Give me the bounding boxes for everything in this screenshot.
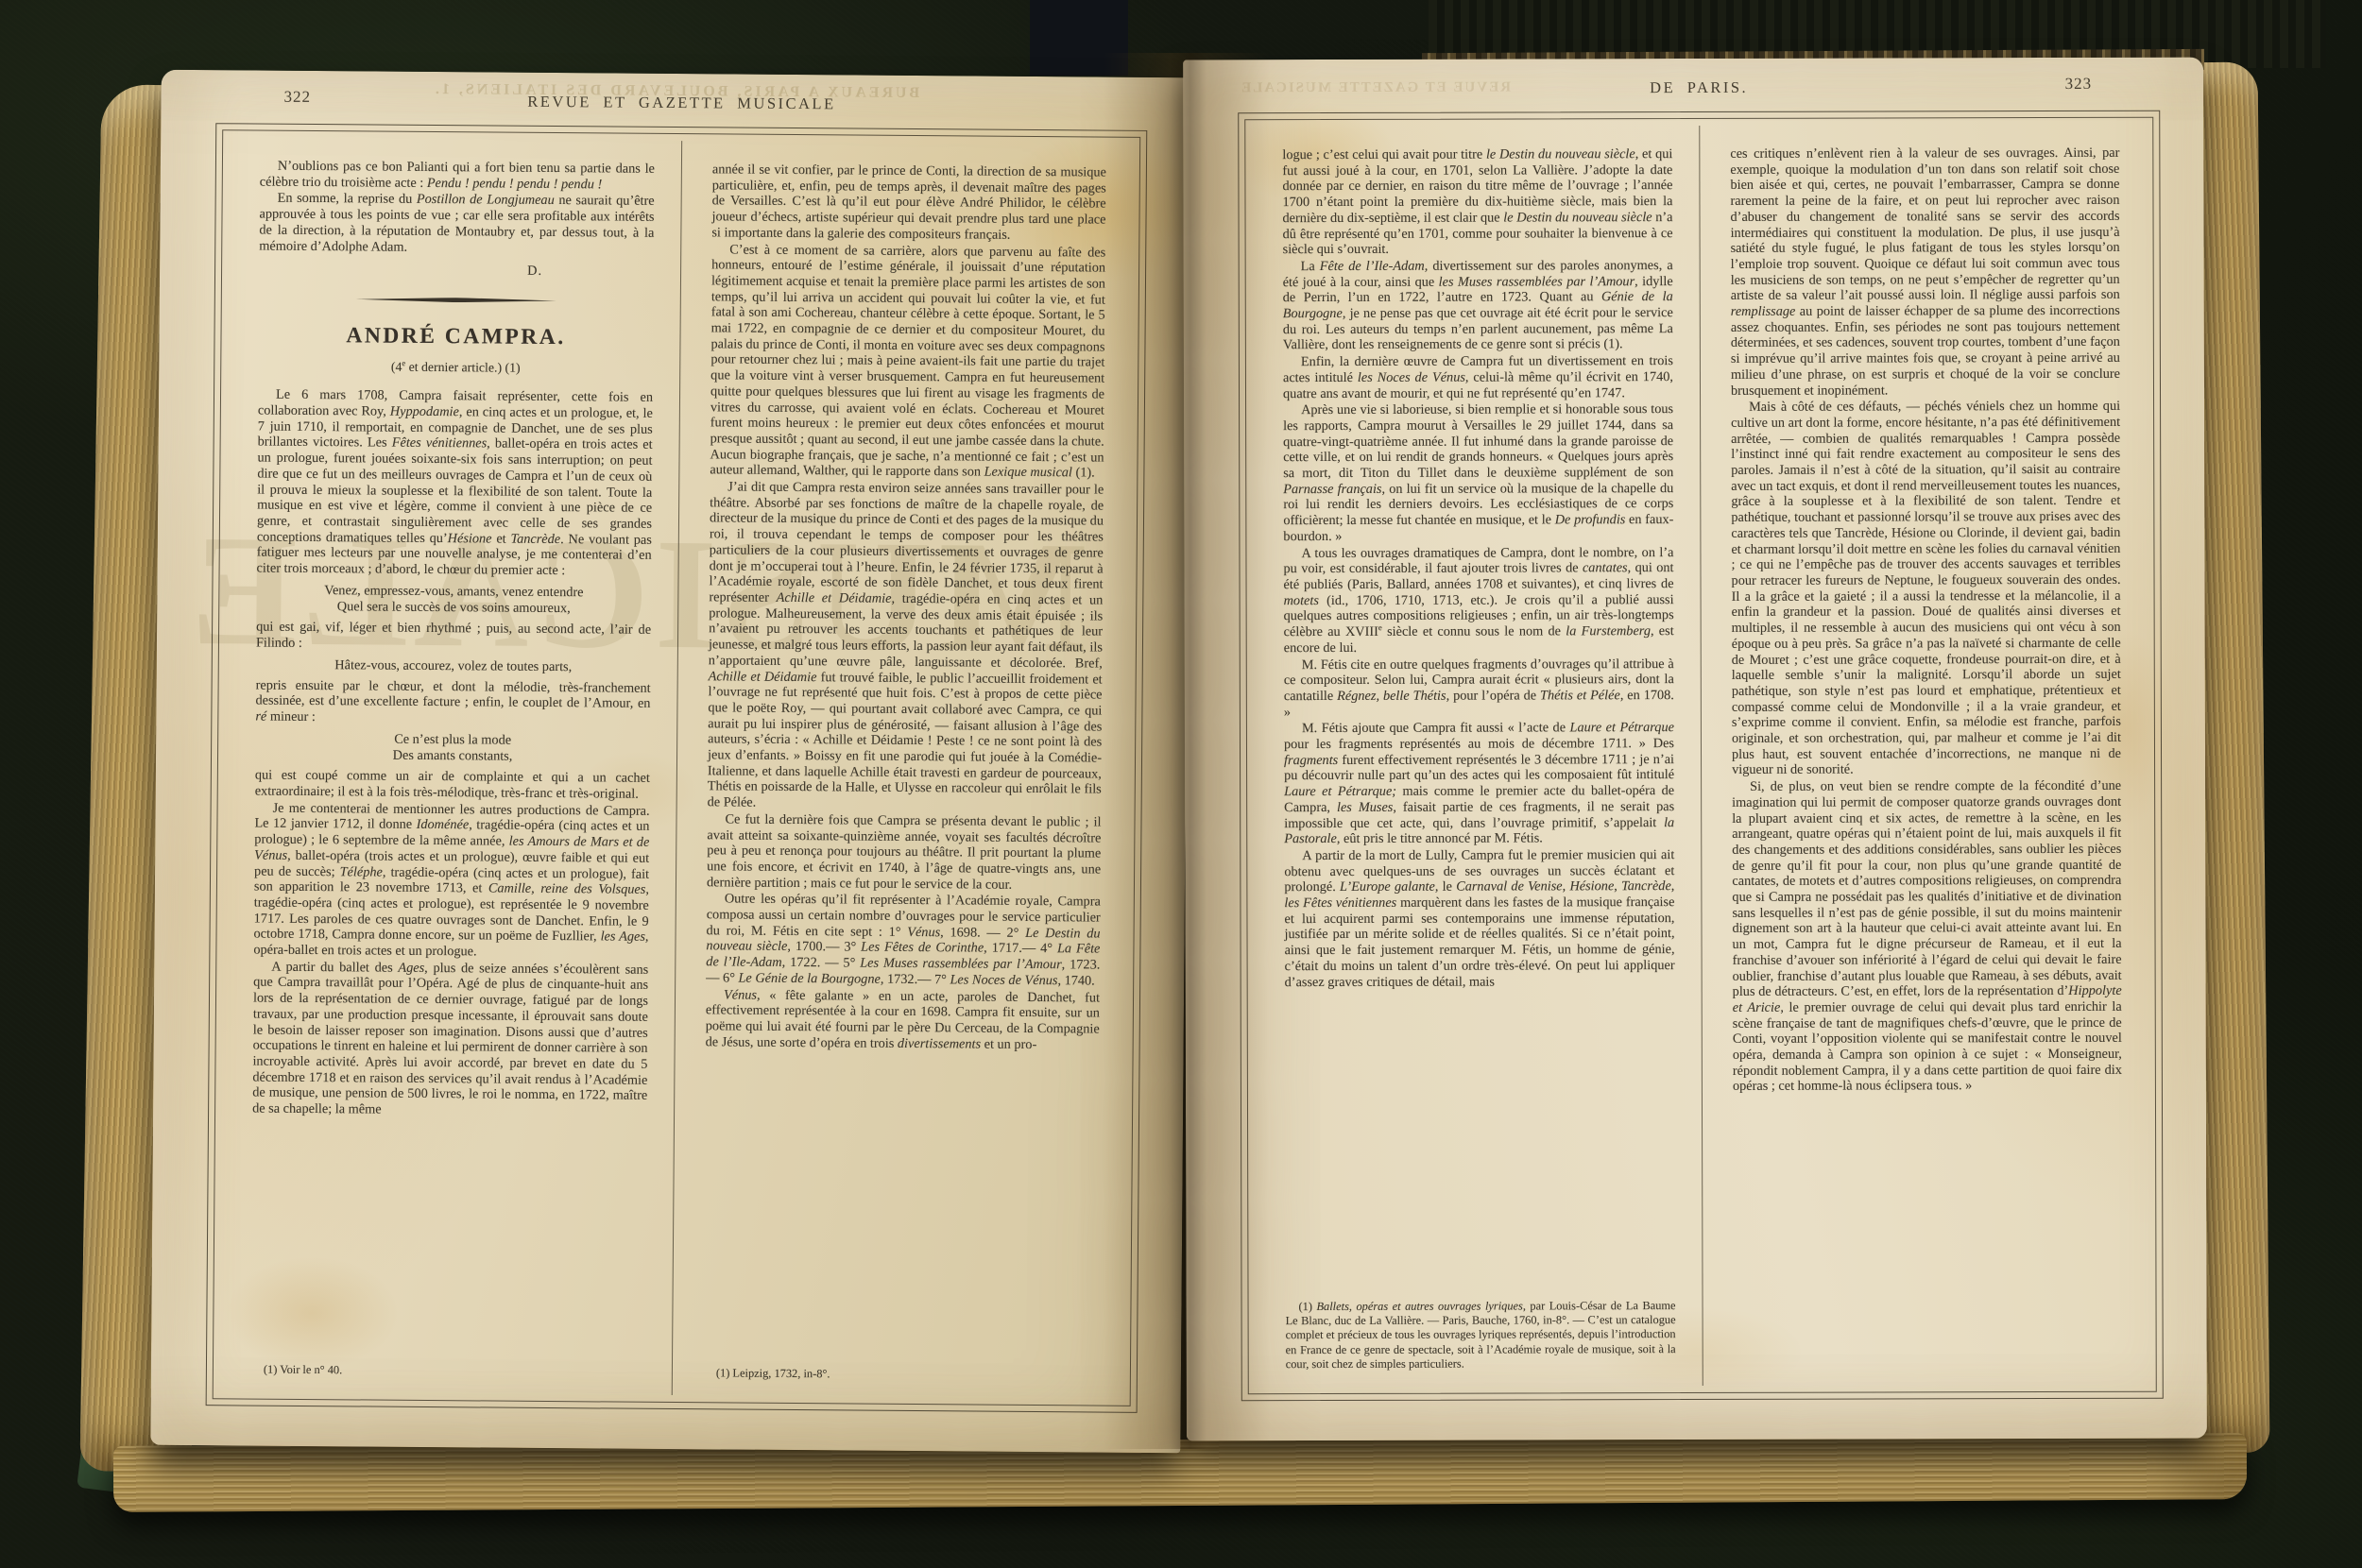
paragraph: A tous les ouvrages dramatiques de Campr… xyxy=(1283,545,1673,656)
column-layout: logue ; c’est celui qui avait pour titre… xyxy=(1252,125,2148,1387)
paragraph: Enfin, la dernière œuvre de Campra fut u… xyxy=(1283,353,1673,401)
section-rule xyxy=(356,297,556,303)
author-initial: D. xyxy=(259,262,654,281)
running-title: DE PARIS. xyxy=(1243,77,2154,99)
paragraph-continuation: repris ensuite par le chœur, et dont la … xyxy=(255,677,650,727)
backdrop-shadow-band xyxy=(1030,0,1128,76)
column-1: logue ; c’est celui qui avait pour titre… xyxy=(1252,126,1702,1387)
paragraph-continuation: qui est coupé comme un air de complainte… xyxy=(255,768,650,803)
paragraph: En somme, la reprise du Postillon de Lon… xyxy=(259,191,655,257)
paragraph: La Fête de l’Ile-Adam, divertissement su… xyxy=(1283,258,1673,353)
paragraph: N’oublions pas ce bon Palianti qui a for… xyxy=(260,159,655,194)
page-number: 323 xyxy=(2065,75,2093,94)
running-title: REVUE ET GAZETTE MUSICALE xyxy=(221,90,1141,116)
paragraph: Ce fut la dernière fois que Campra se pr… xyxy=(707,811,1102,894)
column-2: ces critiques n’enlèvent rien à la valeu… xyxy=(1699,125,2148,1386)
book-scan: BUREAUX A PARIS, BOULEVARD DES ITALIENS,… xyxy=(0,0,2362,1568)
paragraph: C’est à ce moment de sa carrière, alors … xyxy=(710,242,1105,482)
paragraph: Mais à côté de ces défauts, — péchés vén… xyxy=(1731,399,2121,778)
paragraph: Outre les opéras qu’il fit représenter à… xyxy=(706,892,1101,989)
text-frame: N’oublions pas ce bon Palianti qui a for… xyxy=(206,123,1148,1413)
paragraph: M. Fétis cite en outre quelques fragment… xyxy=(1284,656,1674,721)
paragraph: M. Fétis ajoute que Campra fit aussi « l… xyxy=(1284,720,1674,847)
right-page: REVUE ET GAZETTE MUSICALE DE PARIS. 323 … xyxy=(1183,58,2207,1441)
paragraph: Le 6 mars 1708, Campra faisait représent… xyxy=(257,387,654,580)
verse-quote: Hâtez-vous, accourez, volez de toutes pa… xyxy=(256,656,651,675)
paragraph-continuation: ces critiques n’enlèvent rien à la valeu… xyxy=(1730,145,2120,399)
footnote: (1) Leipzig, 1732, in-8°. xyxy=(703,1353,1097,1383)
verse-quote: Ce n’est plus la modeDes amants constant… xyxy=(255,730,650,766)
footnote: (1) Ballets, opéras et autres ouvrages l… xyxy=(1285,1286,1675,1372)
footnote: (1) Voir le n° 40. xyxy=(250,1349,645,1379)
column-1: N’oublions pas ce bon Palianti qui a for… xyxy=(220,137,681,1395)
paragraph: Je me contenterai de mentionner les autr… xyxy=(253,800,649,961)
paragraph: Après une vie si laborieuse, si bien rem… xyxy=(1283,401,1673,544)
text-frame: logue ; c’est celui qui avait pour titre… xyxy=(1238,111,2164,1402)
running-head: 322 REVUE ET GAZETTE MUSICALE xyxy=(221,87,1141,123)
paragraph: Si, de plus, on veut bien se rendre comp… xyxy=(1732,778,2122,1095)
paragraph: A partir du ballet des Ages, plus de sei… xyxy=(252,959,648,1119)
paragraph: A partir de la mort de Lully, Campra fut… xyxy=(1284,847,1674,990)
text-frame-inner: logue ; c’est celui qui avait pour titre… xyxy=(1244,117,2157,1395)
running-head: DE PARIS. 323 xyxy=(1243,75,2154,106)
column-layout: N’oublions pas ce bon Palianti qui a for… xyxy=(220,137,1133,1398)
paragraph-continuation: année il se vit confier, par le prince d… xyxy=(711,162,1106,244)
left-page: BUREAUX A PARIS, BOULEVARD DES ITALIENS,… xyxy=(150,70,1190,1454)
paragraph: Vénus, « fête galante » en un acte, paro… xyxy=(706,987,1101,1053)
verse-quote: Venez, empressez-vous, amants, venez ent… xyxy=(256,582,651,618)
paragraph-continuation: qui est gai, vif, léger et bien rhythmé … xyxy=(256,620,651,655)
column-2: année il se vit confier, par le prince d… xyxy=(672,141,1133,1399)
text-frame-inner: N’oublions pas ce bon Palianti qui a for… xyxy=(213,129,1141,1406)
paragraph: J’ai dit que Campra resta environ seize … xyxy=(708,479,1104,813)
paragraph-continuation: logue ; c’est celui qui avait pour titre… xyxy=(1282,146,1672,258)
article-title: ANDRÉ CAMPRA. xyxy=(258,327,653,346)
article-subtitle: (4e et dernier article.) (1) xyxy=(258,358,653,377)
